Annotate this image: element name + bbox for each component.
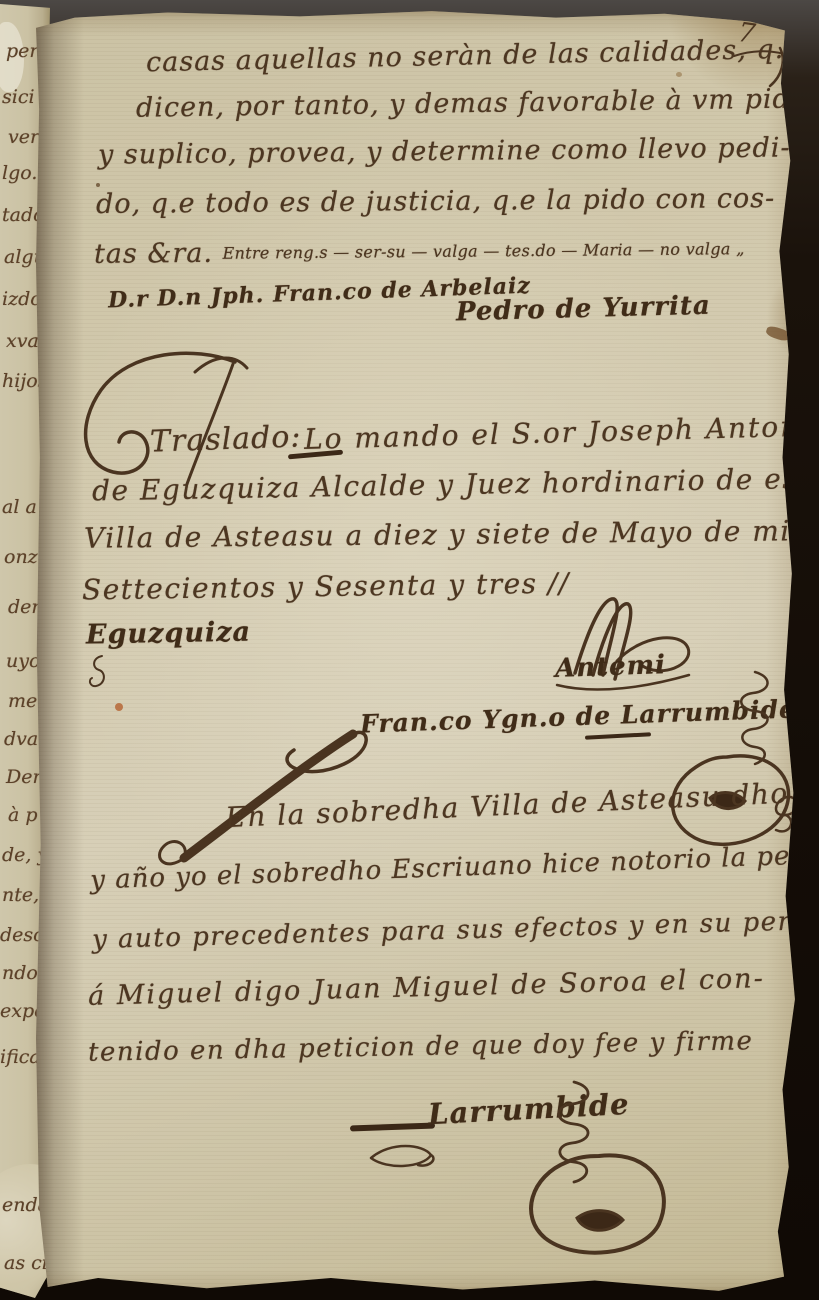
verso-fragment: ver <box>8 126 39 148</box>
line-start: tas &ra. <box>94 238 213 270</box>
verso-fragment: per <box>6 40 39 62</box>
decree-heading: Traslado: <box>149 419 302 459</box>
verso-fragment: al a <box>2 496 37 518</box>
verso-fragment: uyo <box>6 650 40 672</box>
verso-fragment: à p <box>8 804 38 826</box>
verso-fragment: me <box>8 690 37 712</box>
verso-fragment: dva <box>4 728 38 750</box>
ink-spot <box>96 183 100 187</box>
manuscript-line: y auto precedentes para sus efectos y en… <box>92 905 819 955</box>
verso-fragment: ndo <box>2 962 38 984</box>
verso-fragment: Den <box>6 766 45 788</box>
manuscript-line: y suplico, provea, y determine como llev… <box>98 132 791 170</box>
manuscript-line: á Miguel digo Juan Miguel de Soroa el co… <box>88 963 765 1012</box>
paraph-mark-icon <box>88 654 110 688</box>
manuscript-line: tas &ra. Entre reng.s — ser-su — valga —… <box>94 233 745 270</box>
ink-dash <box>585 732 651 739</box>
verso-fragment: xva <box>6 330 39 352</box>
ink-spot <box>676 72 682 77</box>
verso-fragment: der <box>8 596 41 618</box>
signature-pedro-de-yurrita: Pedro de Yurrita <box>456 291 711 328</box>
manuscript-line: do, q.e todo es de justicia, q.e la pido… <box>96 183 775 220</box>
manuscript-line: casas aquellas no seràn de las calidades… <box>146 33 819 79</box>
interlinear-correction-note: Entre reng.s — ser-su — valga — tes.do —… <box>223 239 745 263</box>
verso-fragment: sici <box>2 86 35 108</box>
judge-rubric-flourish-icon <box>545 585 700 703</box>
ante-mi-label: Antemi <box>555 650 667 684</box>
verso-fragment: lgo. <box>2 162 37 184</box>
verso-fragment: ifica <box>0 1046 41 1068</box>
ink-dash <box>350 1123 435 1132</box>
manuscript-line: tenido en dha peticion de que doy fee y … <box>88 1026 754 1068</box>
signature-larrumbide-full: Fran.co Ygn.o de Larrumbide <box>360 694 797 738</box>
manuscript-line: Lo mando el S.or Joseph Antonio <box>304 409 819 456</box>
signature-oval-flourish-icon <box>515 1146 683 1268</box>
ink-spot <box>115 703 123 711</box>
smudge <box>765 325 791 343</box>
manuscript-line: Settecientos y Sesenta y tres // <box>82 567 570 607</box>
manuscript-line: Villa de Asteasu a diez y siete de Mayo … <box>84 514 802 555</box>
signature-underloop-flourish-icon <box>365 1136 443 1174</box>
manuscript-page: 7 casas aquellas no seràn de las calidad… <box>36 6 812 1296</box>
verso-fragment: izdo <box>2 288 42 310</box>
manuscript-line: dicen, por tanto, y demas favorable à vm… <box>136 83 818 124</box>
verso-fragment: nte, <box>2 884 39 906</box>
signature-eguzquiza: Eguzquiza <box>86 617 252 651</box>
